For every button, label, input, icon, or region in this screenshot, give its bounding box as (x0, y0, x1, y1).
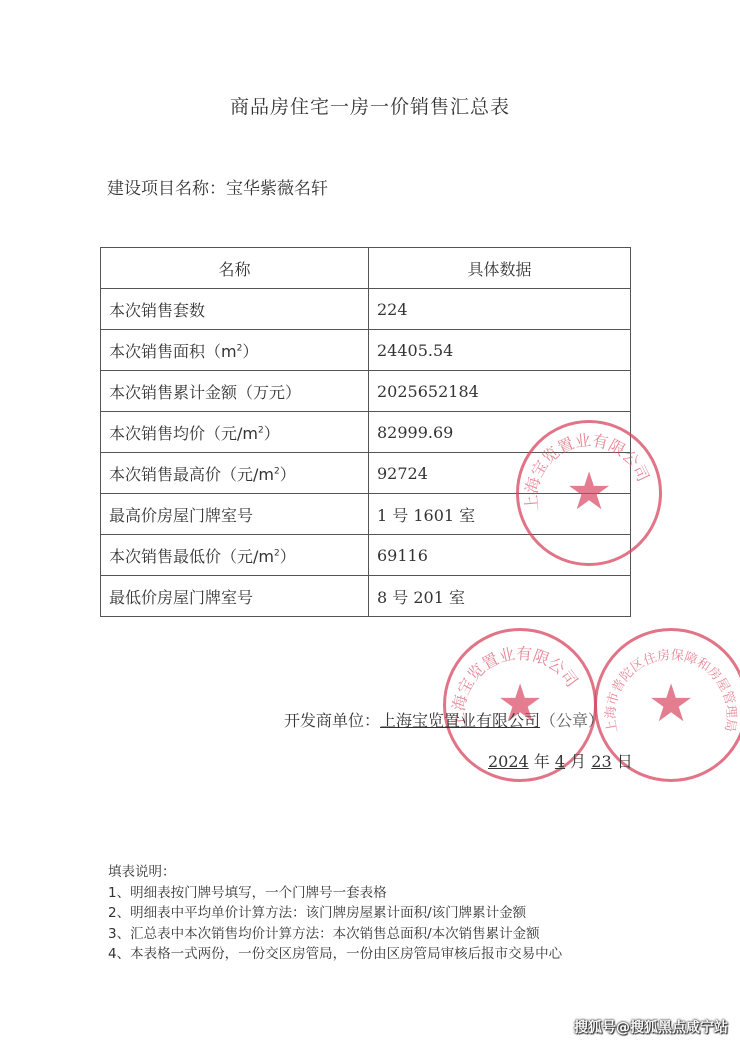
project-name: 宝华紫薇名轩 (226, 179, 328, 199)
table-row: 最高价房屋门牌室号 1 号 1601 室 (101, 494, 631, 535)
note-item: 3、汇总表中本次销售均价计算方法：本次销售总面积/本次销售累计金额 (108, 924, 562, 945)
developer-line: 开发商单位：上海宝览置业有限公司（公章） (284, 708, 604, 731)
developer-label: 开发商单位： (284, 711, 380, 730)
developer-company: 上海宝览置业有限公司 (380, 711, 540, 730)
table-row: 本次销售套数 224 (101, 289, 631, 330)
project-label: 建设项目名称： (107, 179, 226, 199)
seal-note: （公章） (540, 711, 604, 730)
row-label: 最低价房屋门牌室号 (101, 576, 369, 617)
row-value: 69116 (369, 535, 631, 576)
row-value: 8 号 201 室 (369, 576, 631, 617)
note-item: 4、本表格一式两份，一份交区房管局，一份由区房管局审核后报市交易中心 (108, 944, 562, 965)
notes-heading: 填表说明： (108, 862, 562, 883)
star-icon: ★ (648, 678, 695, 730)
row-value: 92724 (369, 453, 631, 494)
signing-date: 2024 年 4 月 23 日 (488, 749, 633, 772)
row-value: 1 号 1601 室 (369, 494, 631, 535)
row-value: 224 (369, 289, 631, 330)
row-label: 本次销售套数 (101, 289, 369, 330)
row-value: 24405.54 (369, 330, 631, 371)
header-data: 具体数据 (369, 248, 631, 289)
row-label: 本次销售面积（m2） (101, 330, 369, 371)
table-row: 最低价房屋门牌室号 8 号 201 室 (101, 576, 631, 617)
row-value: 82999.69 (369, 412, 631, 453)
table-row: 本次销售面积（m2） 24405.54 (101, 330, 631, 371)
table-row: 本次销售累计金额（万元） 2025652184 (101, 371, 631, 412)
row-value: 2025652184 (369, 371, 631, 412)
watermark: 搜狐号@搜狐黑点咸宁站 (574, 1017, 728, 1037)
note-item: 2、明细表中平均单价计算方法：该门牌房屋累计面积/该门牌累计金额 (108, 903, 562, 924)
row-label: 最高价房屋门牌室号 (101, 494, 369, 535)
svg-text:上海市普陀区住房保障和房屋管理局: 上海市普陀区住房保障和房屋管理局 (604, 647, 739, 734)
document-title: 商品房住宅一房一价销售汇总表 (0, 92, 740, 119)
header-name: 名称 (101, 248, 369, 289)
table-row: 本次销售均价（元/m2） 82999.69 (101, 412, 631, 453)
date-month: 4 (555, 752, 565, 771)
row-label: 本次销售均价（元/m2） (101, 412, 369, 453)
date-day: 23 (591, 752, 611, 771)
sales-summary-table: 名称 具体数据 本次销售套数 224 本次销售面积（m2） 24405.54 本… (100, 247, 631, 617)
note-item: 1、明细表按门牌号填写，一个门牌号一套表格 (108, 883, 562, 904)
row-label: 本次销售最低价（元/m2） (101, 535, 369, 576)
table-row: 本次销售最低价（元/m2） 69116 (101, 535, 631, 576)
table-row: 本次销售最高价（元/m2） 92724 (101, 453, 631, 494)
filling-instructions: 填表说明： 1、明细表按门牌号填写，一个门牌号一套表格 2、明细表中平均单价计算… (108, 862, 562, 965)
project-name-line: 建设项目名称：宝华紫薇名轩 (107, 174, 328, 199)
row-label: 本次销售累计金额（万元） (101, 371, 369, 412)
table-header-row: 名称 具体数据 (101, 248, 631, 289)
row-label: 本次销售最高价（元/m2） (101, 453, 369, 494)
date-year: 2024 (488, 752, 529, 771)
